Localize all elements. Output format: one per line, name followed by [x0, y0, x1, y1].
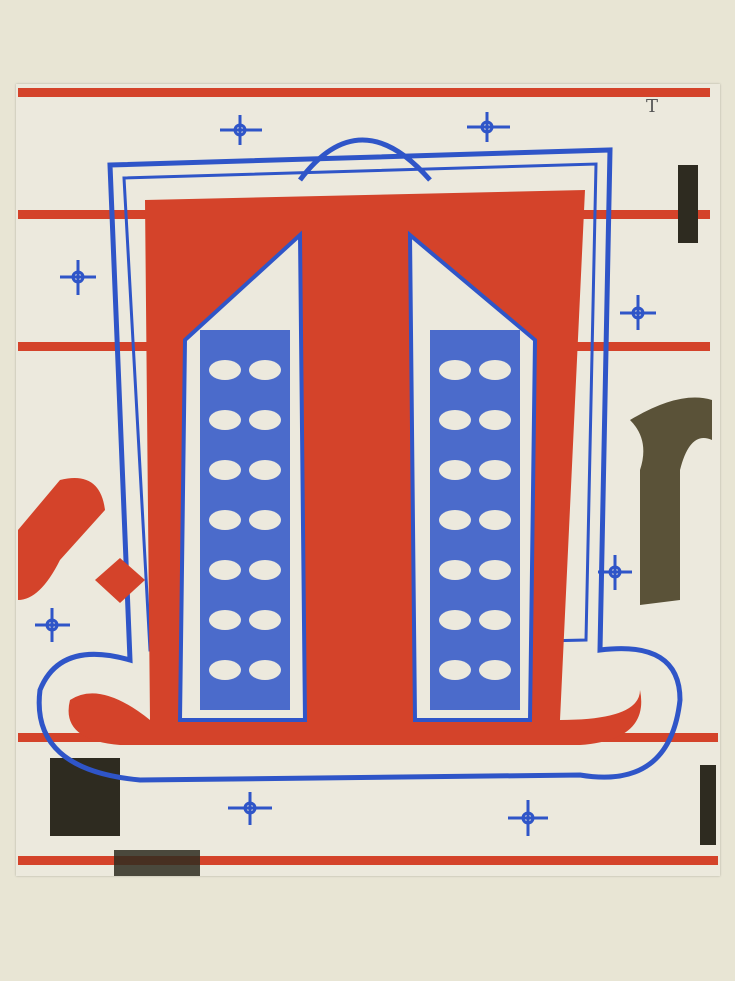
mount-board: T: [0, 0, 735, 981]
initial-m-illumination: [0, 0, 735, 981]
